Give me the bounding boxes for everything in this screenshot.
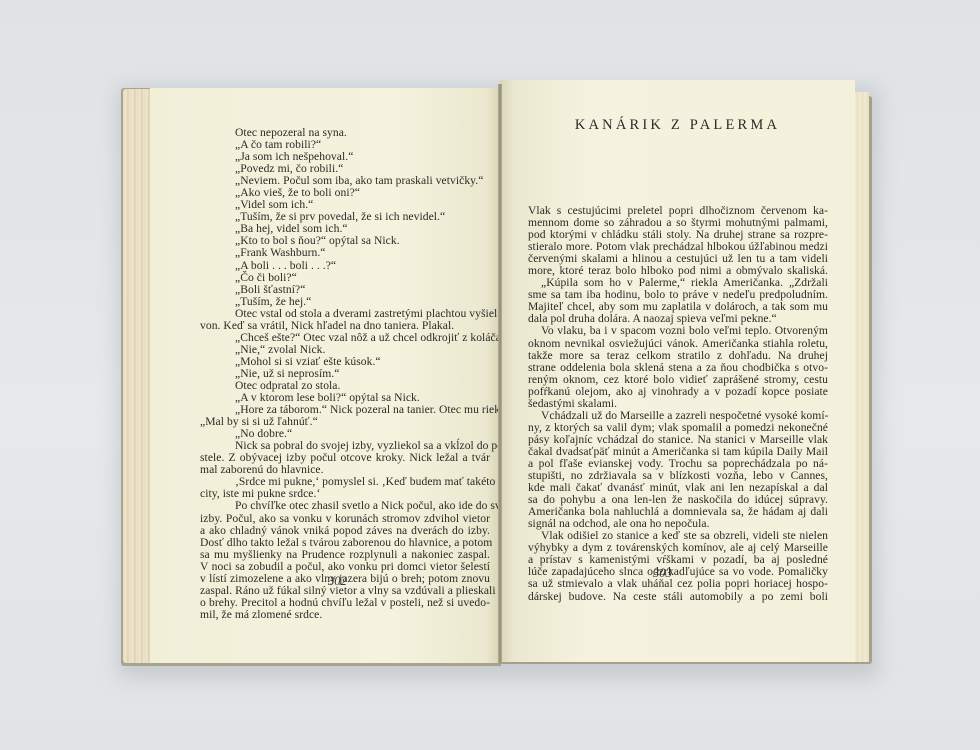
text-line: dárskej budove. Na ceste stáli automobil… (528, 591, 828, 603)
left-page: Otec nepozeral na syna. „A čo tam robili… (150, 88, 500, 663)
left-page-text: Otec nepozeral na syna. „A čo tam robili… (222, 127, 490, 621)
text-line: „A boli . . . boli . . .?“ (222, 260, 490, 272)
text-line: V noci sa zobudil a počul, ako vonku pri… (200, 561, 490, 573)
text-line: sa už stmievalo a vlak uháňal cez polia … (528, 578, 828, 590)
text-line: Dosť dlho takto ležal s tvárou zaborenou… (200, 537, 490, 549)
text-line: „Čo či boli?“ (222, 272, 490, 284)
text-line: pofŕkanú olejom, ako aj vinohrady a v po… (528, 386, 828, 398)
right-page: KANÁRIK Z PALERMA Vlak s cestujúcimi pre… (500, 80, 855, 662)
text-line: Vo vlaku, ba i v spacom vozni bolo veľmi… (528, 325, 828, 337)
text-line: izby. Počul, ako sa vonku v korunách str… (200, 513, 490, 525)
text-line: „Tuším, že hej.“ (222, 296, 490, 308)
text-line: sa mu myšlienky na Prudence rozplynuli a… (200, 549, 490, 561)
text-line: oknom nevnikal osviežujúci vánok. Američ… (528, 338, 828, 350)
right-page-text: Vlak s cestujúcimi preletel popri dlhoči… (528, 205, 828, 603)
text-line: von. Keď sa vrátil, Nick hľadel na dno t… (200, 320, 490, 332)
text-line: a ako chladný vánok vniká popod záves na… (200, 525, 490, 537)
text-line: Otec vstal od stola a dverami zastretými… (222, 308, 490, 320)
text-line: šedastými skalami. (528, 398, 828, 410)
text-line: Po chvíľke otec zhasil svetlo a Nick poč… (222, 500, 490, 512)
text-line: strane oddelenia bola sklená stena a za … (528, 362, 828, 374)
page-number: 302 (328, 574, 347, 589)
page-number: 303 (653, 566, 672, 581)
text-line: „Boli šťastní?“ (222, 284, 490, 296)
text-line: takže more sa teraz celkom stratilo z do… (528, 350, 828, 362)
text-line: mil, že má zlomené srdce. (200, 609, 490, 621)
text-line: reným oknom, cez ktoré bolo vidieť zaprá… (528, 374, 828, 386)
text-line: „Frank Washburn.“ (222, 247, 490, 259)
book-gutter (498, 84, 502, 664)
chapter-title: KANÁRIK Z PALERMA (500, 117, 855, 134)
